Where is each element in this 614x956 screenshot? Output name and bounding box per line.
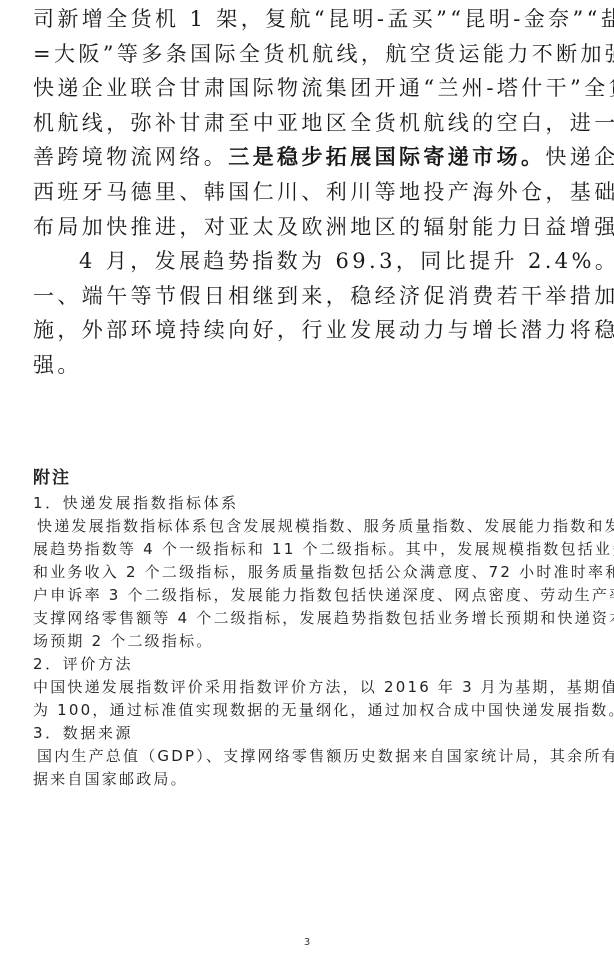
- text-line: 善跨境物流网络。三是稳步拓展国际寄递市场。快递企业在: [33, 140, 589, 175]
- note-line: 场预期 2 个二级指标。: [33, 630, 585, 653]
- text-line: 司新增全货机 1 架，复航“昆明-孟买”“昆明-金奈”“盐城: [33, 2, 589, 37]
- document-page: 司新增全货机 1 架，复航“昆明-孟买”“昆明-金奈”“盐城 =大阪”等多条国际…: [0, 0, 614, 956]
- text-line: 施，外部环境持续向好，行业发展动力与增长潜力将稳步趋: [33, 313, 589, 348]
- text-segment: 快递企业在: [545, 145, 614, 169]
- note-line: 支撑网络零售额等 4 个二级指标，发展趋势指数包括业务增长预期和快递资本市: [33, 607, 585, 630]
- text-line: 一、端午等节假日相继到来，稳经济促消费若干举措加快实: [33, 279, 589, 314]
- notes-section: 附注 1．快递发展指数指标体系 快递发展指数指标体系包含发展规模指数、服务质量指…: [33, 465, 585, 791]
- note-line: 国内生产总值（GDP）、支撑网络零售额历史数据来自国家统计局，其余所有数: [33, 745, 585, 768]
- text-line: 机航线，弥补甘肃至中亚地区全货机航线的空白，进一步完: [33, 106, 589, 141]
- body-text: 司新增全货机 1 架，复航“昆明-孟买”“昆明-金奈”“盐城 =大阪”等多条国际…: [33, 2, 589, 383]
- notes-title: 附注: [33, 465, 585, 491]
- note-item-data-source: 3．数据来源 国内生产总值（GDP）、支撑网络零售额历史数据来自国家统计局，其余…: [33, 722, 585, 791]
- note-line: 展趋势指数等 4 个一级指标和 11 个二级指标。其中，发展规模指数包括业务量: [33, 538, 585, 561]
- note-item-evaluation-method: 2．评价方法 中国快递发展指数评价采用指数评价方法，以 2016 年 3 月为基…: [33, 653, 585, 722]
- note-line: 快递发展指数指标体系包含发展规模指数、服务质量指数、发展能力指数和发: [33, 515, 585, 538]
- note-item-title: 3．数据来源: [33, 722, 585, 745]
- text-line: 西班牙马德里、韩国仁川、利川等地投产海外仓，基础设施: [33, 175, 589, 210]
- paragraph-trend-index: 4 月，发展趋势指数为 69.3，同比提升 2.4%。5 月，五 一、端午等节假…: [33, 244, 589, 382]
- note-item-indicator-system: 1．快递发展指数指标体系 快递发展指数指标体系包含发展规模指数、服务质量指数、发…: [33, 492, 585, 653]
- note-line: 据来自国家邮政局。: [33, 768, 585, 791]
- text-line: 布局加快推进，对亚太及欧洲地区的辐射能力日益增强。: [33, 210, 589, 245]
- paragraph-air-cargo: 司新增全货机 1 架，复航“昆明-孟买”“昆明-金奈”“盐城 =大阪”等多条国际…: [33, 2, 589, 244]
- text-segment: 善跨境物流网络。: [33, 145, 228, 169]
- bold-heading-international-market: 三是稳步拓展国际寄递市场。: [228, 145, 545, 169]
- note-item-title: 2．评价方法: [33, 653, 585, 676]
- note-line: 为 100，通过标准值实现数据的无量纲化，通过加权合成中国快递发展指数。: [33, 699, 585, 722]
- note-line: 中国快递发展指数评价采用指数评价方法，以 2016 年 3 月为基期，基期值设定: [33, 676, 585, 699]
- text-line: 4 月，发展趋势指数为 69.3，同比提升 2.4%。5 月，五: [33, 244, 589, 279]
- text-line: 强。: [33, 348, 589, 383]
- text-line: =大阪”等多条国际全货机航线，航空货运能力不断加强。: [33, 37, 589, 72]
- page-number: 3: [0, 937, 614, 948]
- note-line: 户申诉率 3 个二级指标，发展能力指数包括快递深度、网点密度、劳动生产率和: [33, 584, 585, 607]
- text-line: 快递企业联合甘肃国际物流集团开通“兰州-塔什干”全货: [33, 71, 589, 106]
- note-line: 和业务收入 2 个二级指标，服务质量指数包括公众满意度、72 小时准时率和用: [33, 561, 585, 584]
- note-item-title: 1．快递发展指数指标体系: [33, 492, 585, 515]
